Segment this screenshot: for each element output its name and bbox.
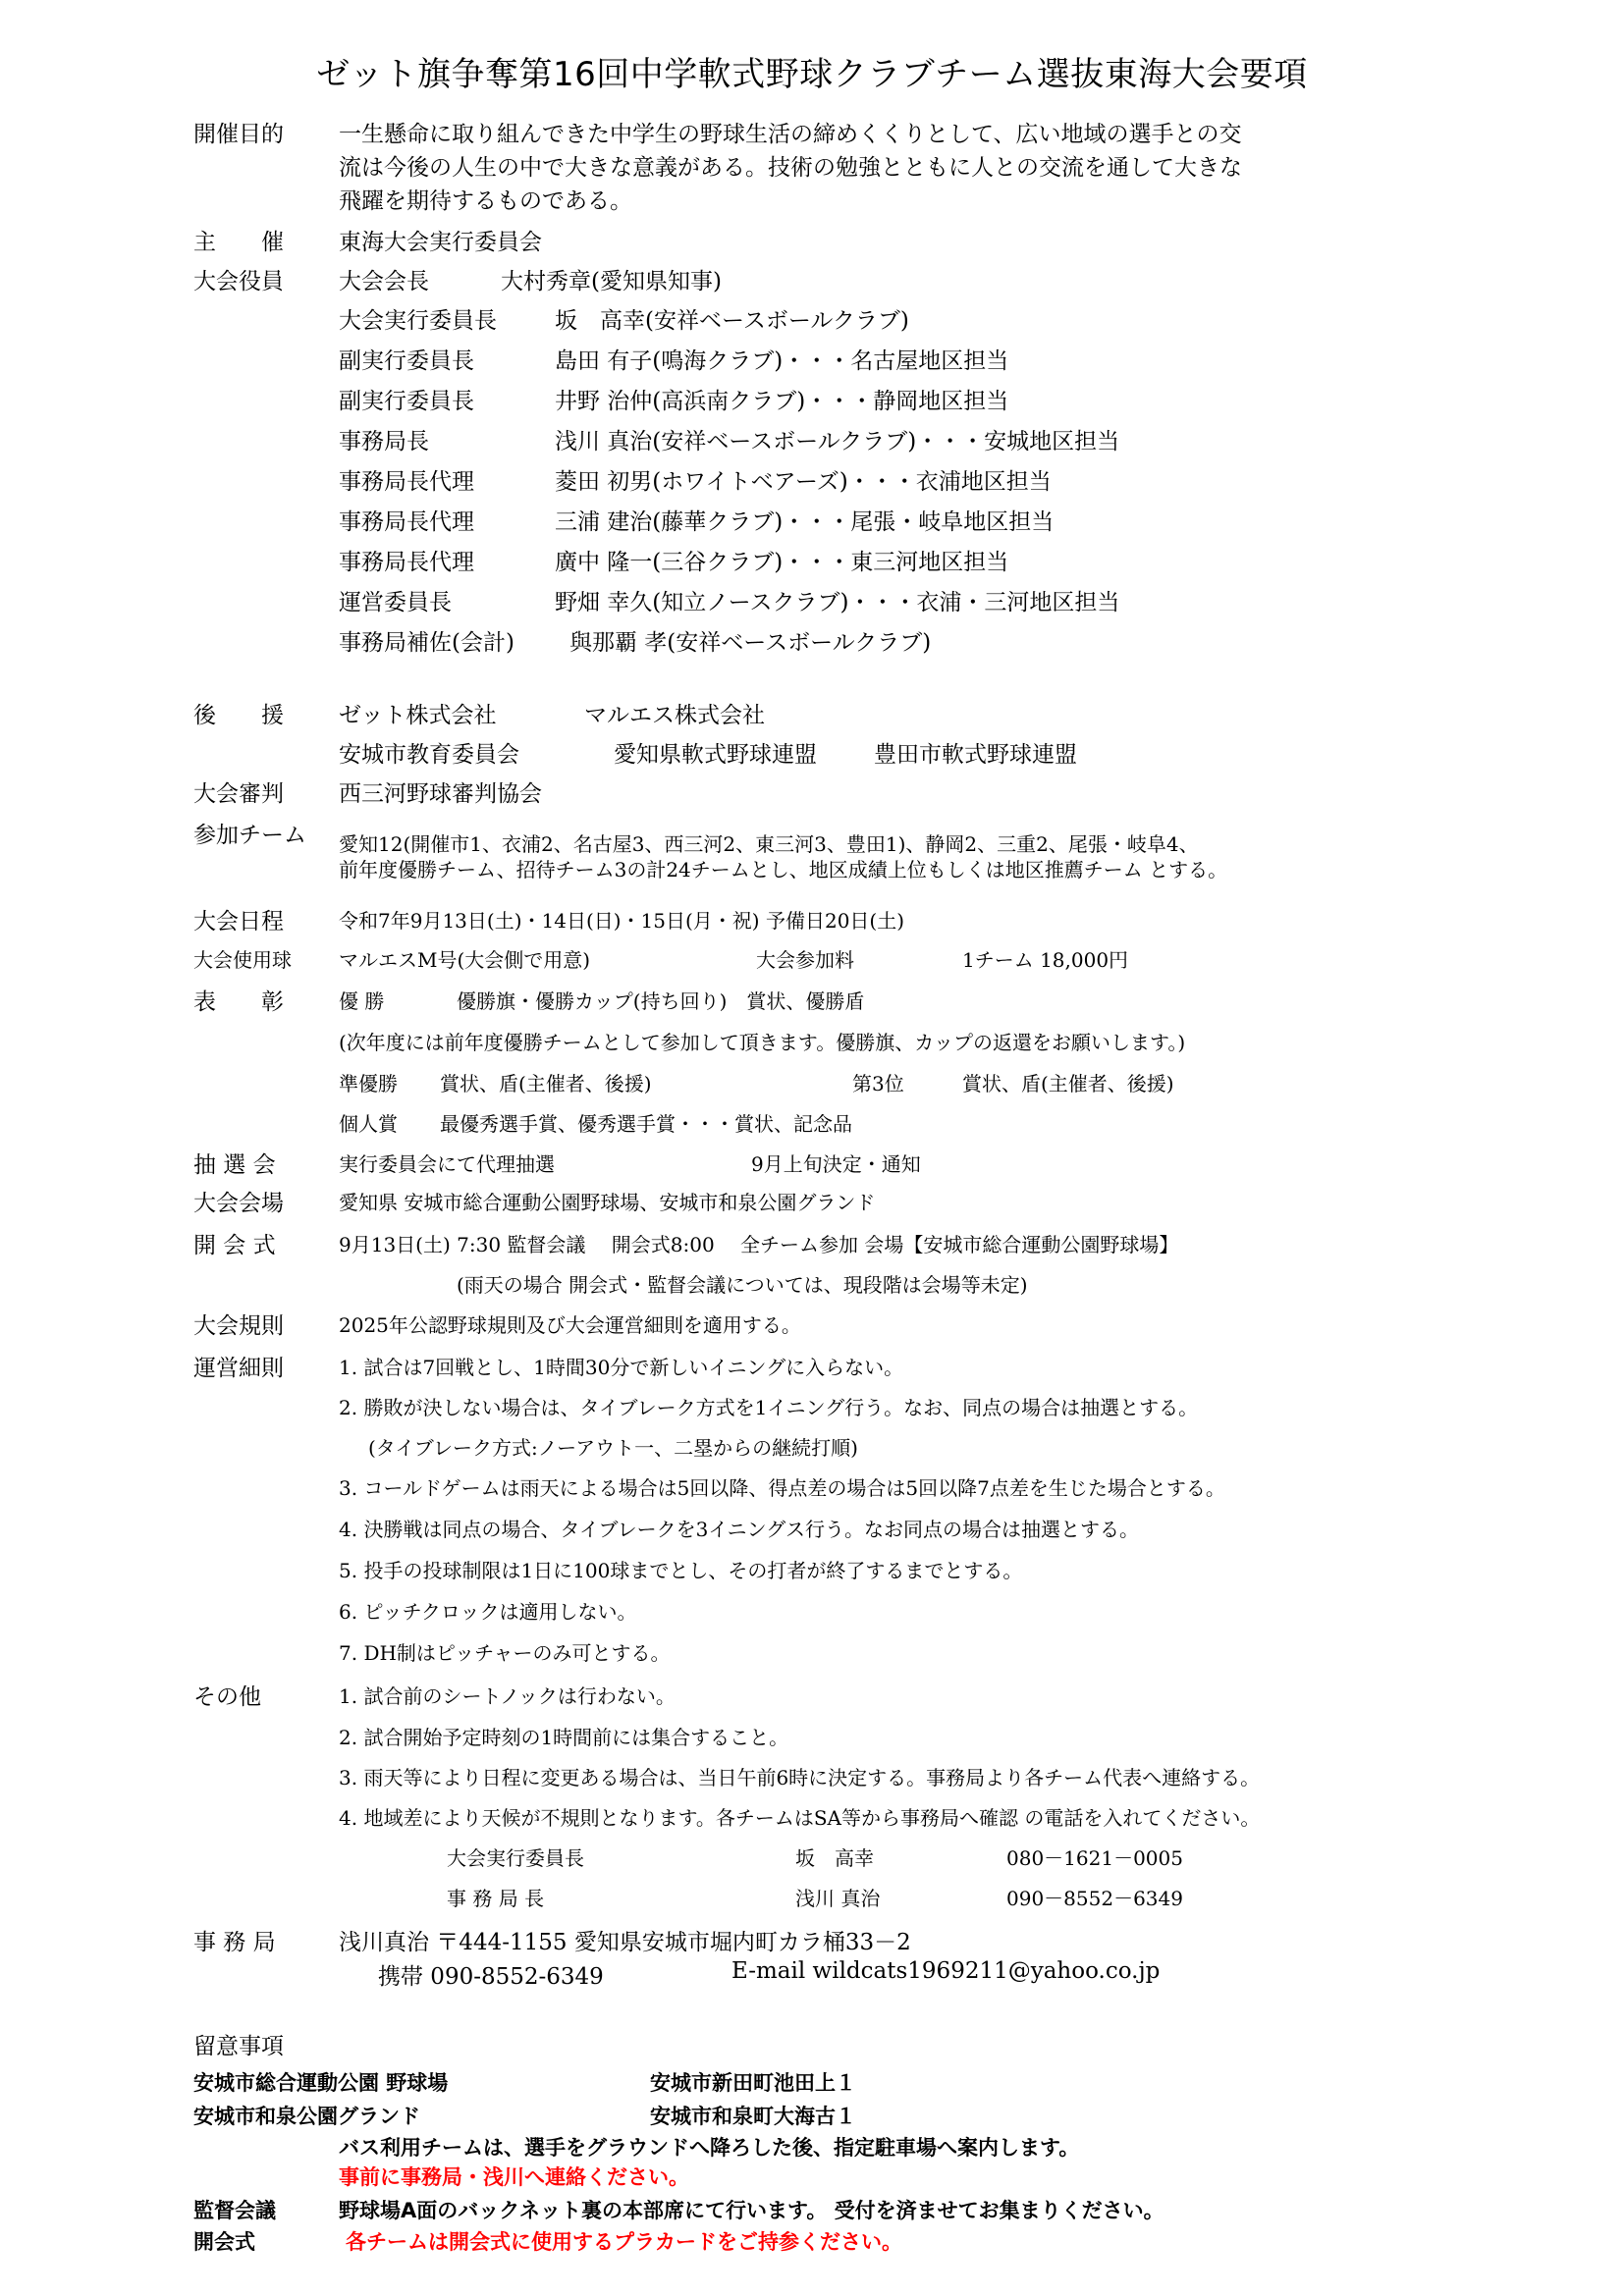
document-title: ゼット旗争奪第16回中学軟式野球クラブチーム選抜東海大会要項	[0, 47, 1624, 95]
operations-item: 3. コールドゲームは雨天による場合は5回以降、得点差の場合は5回以降7点差を生…	[339, 1472, 1225, 1501]
purpose-line-3: 飛躍を期待するものである。	[339, 183, 632, 215]
officer-name: 廣中 隆一(三谷クラブ)・・・東三河地区担当	[555, 544, 1008, 576]
teams-label: 参加チーム	[193, 817, 306, 849]
schedule-value: 令和7年9月13日(土)・14日(日)・15日(月・祝) 予備日20日(土)	[339, 905, 904, 934]
runner-up-label: 準優勝	[339, 1068, 398, 1096]
winner-note: (次年度には前年度優勝チームとして参加して頂きます。優勝旗、カップの返還をお願い…	[339, 1027, 1185, 1055]
operations-item-note: (タイブレーク方式:ノーアウト一、二塁からの継続打順)	[368, 1432, 858, 1461]
organizer-label: 主 催	[193, 224, 284, 256]
operations-item: 1. 試合は7回戦とし、1時間30分で新しいイニングに入らない。	[339, 1352, 903, 1380]
officer-role: 事務局長代理	[339, 463, 474, 496]
operations-item: 4. 決勝戦は同点の場合、タイブレークを3イニングス行う。なお同点の場合は抽選と…	[339, 1514, 1139, 1542]
other-item: 1. 試合前のシートノックは行わない。	[339, 1681, 676, 1709]
sponsor: マルエス株式会社	[584, 697, 765, 729]
meeting-label: 監督会議	[193, 2195, 276, 2224]
officer-role: 事務局長代理	[339, 504, 474, 536]
winner-label: 優 勝	[339, 986, 384, 1014]
runner-up-value: 賞状、盾(主催者、後援)	[440, 1068, 652, 1096]
officer-role: 副実行委員長	[339, 383, 474, 415]
draw-label: 抽 選 会	[193, 1147, 276, 1179]
organizer-value: 東海大会実行委員会	[339, 224, 542, 256]
bus-note: バス利用チームは、選手をグラウンドへ降ろした後、指定駐車場へ案内します。	[339, 2132, 1079, 2162]
ball-label: 大会使用球	[193, 944, 292, 973]
office-email[interactable]: E-mail wildcats1969211@yahoo.co.jp	[731, 1958, 1160, 1984]
meeting-value: 野球場A面のバックネット裏の本部席にて行います。 受付を済ませてお集まりください…	[339, 2195, 1164, 2224]
opening-value: 9月13日(土) 7:30 監督会議 開会式8:00 全チーム参加 会場【安城市…	[339, 1229, 1178, 1257]
venue-value: 愛知県 安城市総合運動公園野球場、安城市和泉公園グランド	[339, 1187, 875, 1215]
officer-name: 三浦 建治(藤華クラブ)・・・尾張・岐阜地区担当	[555, 504, 1054, 536]
operations-item: 7. DH制はピッチャーのみ可とする。	[339, 1637, 671, 1666]
individual-value: 最優秀選手賞、優秀選手賞・・・賞状、記念品	[440, 1108, 852, 1137]
officer-name: 與那覇 孝(安祥ベースボールクラブ)	[569, 624, 931, 657]
office-address: 浅川真治 〒444-1155 愛知県安城市堀内町カラ桶33－2	[339, 1924, 911, 1956]
ceremony-value: 各チームは開会式に使用するプラカードをご持参ください。	[346, 2226, 902, 2256]
notes-heading: 留意事項	[193, 2028, 284, 2060]
venue-name: 安城市総合運動公園 野球場	[193, 2067, 448, 2097]
opening-label: 開 会 式	[193, 1227, 276, 1259]
draw-note: 9月上旬決定・通知	[751, 1148, 921, 1177]
contact-phone: 090－8552－6349	[1006, 1883, 1183, 1911]
office-label: 事 務 局	[193, 1924, 276, 1956]
umpires-value: 西三河野球審判協会	[339, 775, 542, 808]
officer-name: 菱田 初男(ホワイトベアーズ)・・・衣浦地区担当	[555, 463, 1052, 496]
rules-value: 2025年公認野球規則及び大会運営細則を適用する。	[339, 1309, 801, 1338]
officer-role: 大会実行委員長	[339, 302, 497, 335]
other-item: 4. 地域差により天候が不規則となります。各チームはSA等から事務局へ確認 の電…	[339, 1802, 1260, 1831]
officer-name: 坂 高幸(安祥ベースボールクラブ)	[555, 302, 909, 335]
umpires-label: 大会審判	[193, 775, 284, 808]
other-label: その他	[193, 1679, 261, 1711]
officer-role: 事務局長代理	[339, 544, 474, 576]
ball-value: マルエスM号(大会側で用意)	[339, 944, 590, 973]
ceremony-label: 開会式	[193, 2226, 255, 2256]
venue-label: 大会会場	[193, 1185, 284, 1217]
sponsor: 愛知県軟式野球連盟	[614, 736, 817, 769]
fee-label: 大会参加料	[756, 944, 854, 973]
venue-name: 安城市和泉公園グランド	[193, 2101, 420, 2130]
teams-line-2: 前年度優勝チーム、招待チーム3の計24チームとし、地区成績上位もしくは地区推薦チ…	[339, 854, 1227, 882]
rules-label: 大会規則	[193, 1308, 284, 1340]
officer-president-name: 大村秀章(愛知県知事)	[501, 263, 722, 295]
other-item: 2. 試合開始予定時刻の1時間前には集合すること。	[339, 1722, 788, 1750]
third-value: 賞状、盾(主催者、後援)	[962, 1068, 1174, 1096]
operations-label: 運営細則	[193, 1350, 284, 1382]
operations-item: 2. 勝敗が決しない場合は、タイブレーク方式を1イニング行う。なお、同点の場合は…	[339, 1392, 1198, 1420]
officer-name: 島田 有子(鳴海クラブ)・・・名古屋地区担当	[555, 343, 1008, 375]
teams-line-1: 愛知12(開催市1、衣浦2、名古屋3、西三河2、東三河3、豊田1)、静岡2、三重…	[339, 828, 1199, 857]
purpose-line-1: 一生懸命に取り組んできた中学生の野球生活の締めくくりとして、広い地域の選手との交	[339, 116, 1242, 148]
winner-value: 優勝旗・優勝カップ(持ち回り) 賞状、優勝盾	[457, 986, 864, 1014]
third-label: 第3位	[852, 1068, 904, 1096]
schedule-label: 大会日程	[193, 903, 284, 935]
draw-value: 実行委員会にて代理抽選	[339, 1148, 555, 1177]
officer-president-role: 大会会長	[339, 263, 429, 295]
officer-name: 野畑 幸久(知立ノースクラブ)・・・衣浦・三河地区担当	[555, 584, 1119, 616]
sponsor: ゼット株式会社	[339, 697, 497, 729]
sponsor: 安城市教育委員会	[339, 736, 519, 769]
opening-note: (雨天の場合 開会式・監督会議については、現段階は会場等未定)	[457, 1269, 1028, 1298]
operations-item: 6. ピッチクロックは適用しない。	[339, 1596, 636, 1625]
contact-name: 浅川 真治	[795, 1883, 880, 1911]
sponsor: 豊田市軟式野球連盟	[874, 736, 1077, 769]
purpose-line-2: 流は今後の人生の中で大きな意義がある。技術の勉強とともに人との交流を通して大きな	[339, 149, 1242, 182]
officers-label: 大会役員	[193, 263, 284, 295]
fee-value: 1チーム 18,000円	[962, 944, 1128, 973]
other-item: 3. 雨天等により日程に変更ある場合は、当日午前6時に決定する。事務局より各チー…	[339, 1762, 1260, 1790]
contact-phone: 080－1621－0005	[1006, 1842, 1183, 1871]
office-mobile: 携帯 090-8552-6349	[378, 1958, 604, 1991]
officer-name: 浅川 真治(安祥ベースボールクラブ)・・・安城地区担当	[555, 423, 1119, 455]
venue-address: 安城市和泉町大海古１	[650, 2101, 856, 2130]
contact-role: 大会実行委員長	[447, 1842, 584, 1871]
officer-role: 事務局長	[339, 423, 429, 455]
officer-name: 井野 治仲(高浜南クラブ)・・・静岡地区担当	[555, 383, 1008, 415]
venue-address: 安城市新田町池田上１	[650, 2067, 856, 2097]
contact-name: 坂 高幸	[795, 1842, 874, 1871]
officer-role: 事務局補佐(会計)	[339, 624, 514, 657]
officer-role: 運営委員長	[339, 584, 452, 616]
officer-role: 副実行委員長	[339, 343, 474, 375]
purpose-label: 開催目的	[193, 116, 284, 148]
individual-label: 個人賞	[339, 1108, 398, 1137]
awards-label: 表 彰	[193, 984, 284, 1016]
contact-role: 事 務 局 長	[447, 1883, 544, 1911]
sponsors-label: 後 援	[193, 697, 284, 729]
bus-warning: 事前に事務局・浅川へ連絡ください。	[339, 2162, 689, 2191]
operations-item: 5. 投手の投球制限は1日に100球までとし、その打者が終了するまでとする。	[339, 1555, 1022, 1583]
